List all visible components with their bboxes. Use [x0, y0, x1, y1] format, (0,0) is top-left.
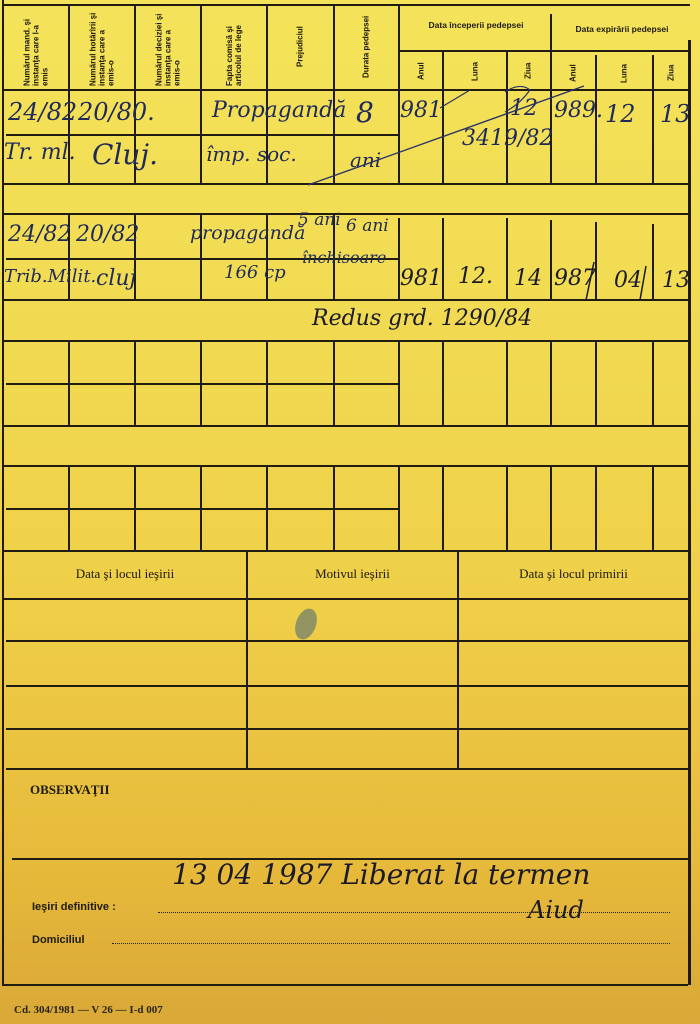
entry2-start-luna: 12.: [458, 264, 493, 289]
entry1-fapta-detail: împ. soc.: [206, 142, 297, 166]
row-divider: [2, 183, 690, 185]
entry2-start-anul: 981: [400, 266, 442, 291]
entry2-start-ziua: 14: [514, 266, 542, 291]
row-divider: [2, 213, 690, 215]
entry1-hotarire-number: 20/80.: [78, 98, 155, 126]
col-divider: [68, 342, 70, 425]
header-nr-decizie: Numărul deciziei şi instanţa care a emis…: [140, 8, 196, 86]
col-divider: [652, 89, 654, 183]
entry2-fapta-detail: 166 cp: [224, 262, 286, 283]
col-divider: [398, 342, 400, 425]
header-data-inceperii: Data începerii pedepsei: [412, 20, 540, 30]
release-col-divider: [246, 552, 248, 770]
header-nr-mandat: Numărul mand. şi instanţa care l-a emis: [8, 8, 64, 86]
col-divider: [652, 342, 654, 425]
entry2-prejudiciul: 5 ani: [298, 210, 341, 230]
domicile-label: Domiciliul: [32, 934, 85, 946]
col-divider: [506, 218, 508, 299]
entry1-end-ziua: 13: [660, 100, 691, 128]
entry1-durata: 8: [356, 96, 374, 129]
col-divider: [442, 467, 444, 550]
header-bottom-border: [2, 89, 690, 91]
row-divider: [2, 425, 690, 427]
header-end-anul: Anul: [553, 58, 593, 88]
ink-blot: [291, 606, 321, 643]
col-divider: [134, 342, 136, 425]
release-col-divider: [457, 552, 459, 768]
row-divider: [2, 465, 690, 467]
entry1-fapta: Propagandă: [212, 98, 346, 123]
col-divider: [550, 220, 552, 299]
header-data-locul-primirii: Data şi locul primirii: [459, 566, 688, 582]
col-divider: [550, 14, 552, 89]
entry1-mandat-court: Tr. ml.: [4, 140, 76, 165]
col-divider: [266, 467, 268, 550]
row-divider: [2, 299, 690, 301]
entry2-durata: 6 ani: [346, 216, 389, 236]
header-start-ziua: Ziua: [508, 55, 548, 87]
entry2-end-anul: 987: [554, 266, 596, 291]
col-divider: [550, 467, 552, 550]
header-prejudiciul: Prejudiciul: [272, 8, 328, 86]
final-exit-line[interactable]: [158, 912, 670, 913]
col-divider: [333, 467, 335, 550]
page-border-right: [688, 40, 691, 985]
header-fapta: Fapta comisă şi articolul de lege: [206, 8, 262, 86]
entry1-mandat-number: 24/82: [8, 98, 77, 126]
header-start-luna: Luna: [446, 55, 504, 87]
entry2-mandat-number: 24/82: [8, 222, 71, 247]
header-data-expirarii: Data expirării pedepsei: [560, 24, 684, 34]
entry1-start-ziua: 12: [510, 96, 538, 121]
entry2-hotarire-number: 20/82: [76, 222, 139, 247]
entry1-hotarire-court: Cluj.: [92, 138, 158, 171]
col-divider: [266, 4, 268, 89]
col-divider: [442, 218, 444, 299]
col-divider: [442, 89, 444, 183]
final-exit-label: Ieşiri definitive :: [32, 901, 116, 913]
header-end-luna: Luna: [598, 58, 650, 88]
col-divider: [652, 224, 654, 299]
col-divider: [442, 50, 444, 89]
header-data-locul-iesirii: Data şi locul ieşirii: [4, 566, 246, 582]
col-divider: [652, 467, 654, 550]
col-divider: [550, 342, 552, 425]
col-divider: [506, 342, 508, 425]
entry2-hotarire-court: cluj: [96, 266, 136, 291]
header-start-anul: Anul: [402, 55, 440, 87]
entry1-end-anul: 989.: [554, 98, 603, 123]
row-divider: [2, 340, 690, 342]
col-divider: [134, 4, 136, 89]
header-durata: Durata pedepsei: [338, 8, 394, 86]
col-divider: [506, 467, 508, 550]
row-half-divider: [6, 383, 398, 385]
row-divider: [2, 550, 690, 552]
header-motivul-iesirii: Motivul ieşirii: [248, 566, 457, 582]
final-exit-value: 13 04 1987 Liberat la termen: [172, 858, 590, 891]
col-divider: [68, 4, 70, 89]
col-divider: [200, 467, 202, 550]
release-row-divider: [6, 728, 688, 730]
entry2-end-luna: 04: [614, 268, 642, 293]
col-divider: [398, 4, 400, 89]
form-code: Cd. 304/1981 — V 26 — I-d 007: [14, 1004, 163, 1016]
entry1-durata-unit: ani: [350, 148, 381, 172]
row-half-divider: [6, 134, 398, 136]
col-divider: [68, 467, 70, 550]
col-divider: [652, 55, 654, 89]
page-bottom-border: [2, 984, 688, 986]
release-row-divider: [6, 685, 688, 687]
col-divider: [595, 55, 597, 89]
col-divider: [442, 342, 444, 425]
table-top-border: [2, 4, 690, 6]
col-divider: [595, 342, 597, 425]
col-divider: [200, 4, 202, 89]
domicile-line[interactable]: [112, 943, 670, 944]
col-divider: [266, 342, 268, 425]
final-exit-value-2: Aiud: [528, 896, 584, 924]
entry2-mandat-court: Trib.Milit.: [4, 266, 96, 287]
entry2-fapta: propagandă: [190, 222, 305, 244]
col-divider: [333, 342, 335, 425]
entry2-durata-detail: închisoare: [302, 248, 386, 267]
release-header-bottom: [2, 598, 688, 600]
release-row-divider: [6, 640, 688, 642]
header-nr-hotarire: Numărul hotărîrii şi instanţa care a emi…: [74, 8, 130, 86]
col-divider: [134, 467, 136, 550]
entry1-end-luna: 12: [605, 100, 636, 128]
row-half-divider: [6, 508, 398, 510]
release-bottom: [6, 768, 688, 770]
header-end-ziua: Ziua: [655, 58, 687, 88]
col-divider: [595, 467, 597, 550]
col-divider: [333, 4, 335, 89]
entry2-end-ziua: 13: [662, 268, 690, 293]
entry1-start-anul: 981: [400, 98, 442, 123]
col-divider: [200, 89, 202, 183]
col-divider: [398, 467, 400, 550]
entry2-reduction-note: Redus grd. 1290/84: [312, 306, 532, 331]
col-divider: [200, 342, 202, 425]
observations-title: OBSERVAŢII: [30, 782, 110, 798]
entry1-start-note: 3419/82: [462, 126, 553, 151]
